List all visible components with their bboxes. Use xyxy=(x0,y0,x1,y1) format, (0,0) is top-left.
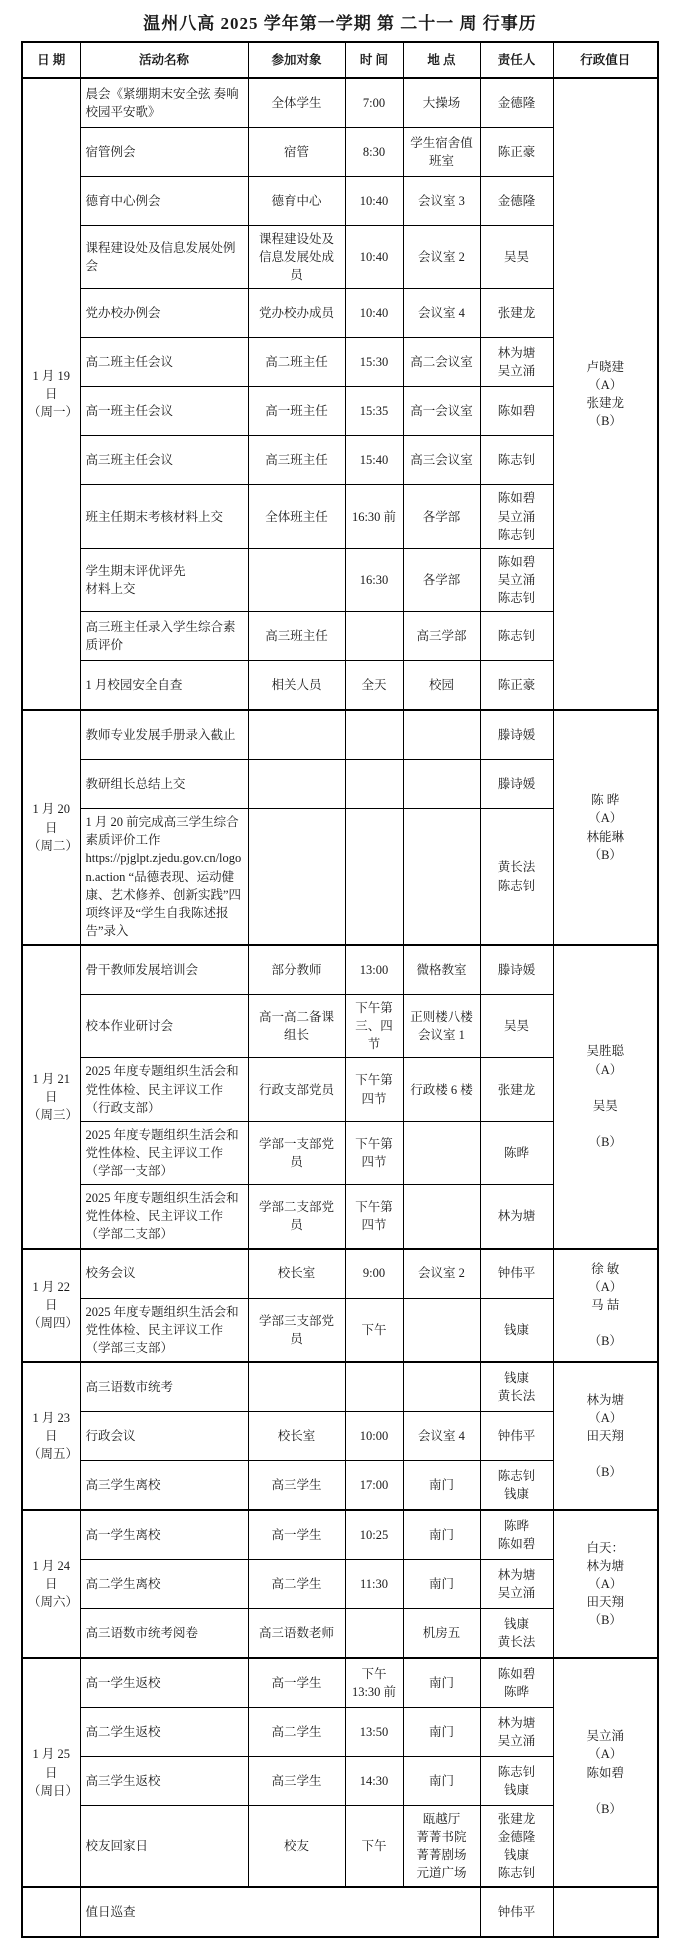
time-cell: 10:00 xyxy=(345,1411,403,1460)
responsible-cell: 钱康 黄长法 xyxy=(480,1608,553,1658)
duty-cell: 徐 敏 （A） 马 喆 （B） xyxy=(553,1249,658,1362)
activity-cell: 校务会议 xyxy=(80,1249,248,1299)
time-cell xyxy=(345,1362,403,1412)
time-cell xyxy=(345,710,403,760)
schedule-table-head-row: 日 期活动名称参加对象时 间地 点责任人行政值日 xyxy=(22,42,658,78)
location-cell: 校园 xyxy=(403,661,480,711)
time-cell: 下午 13:30 前 xyxy=(345,1658,403,1708)
activity-cell: 党办校办例会 xyxy=(80,289,248,338)
participants-cell: 课程建设处及信息发展处成员 xyxy=(248,226,345,289)
activity-cell: 高一学生离校 xyxy=(80,1510,248,1560)
responsible-cell: 林为塘 xyxy=(480,1185,553,1249)
location-cell: 南门 xyxy=(403,1658,480,1708)
location-cell: 会议室 2 xyxy=(403,226,480,289)
participants-cell xyxy=(248,548,345,611)
table-row: 1 月 20 日 （周二）教师专业发展手册录入截止滕诗媛陈 晔 （A） 林能琳 … xyxy=(22,710,658,760)
responsible-cell: 吴昊 xyxy=(480,226,553,289)
participants-cell: 高一学生 xyxy=(248,1658,345,1708)
responsible-cell: 钱康 黄长法 xyxy=(480,1362,553,1412)
responsible-cell: 张建龙 xyxy=(480,289,553,338)
location-cell: 各学部 xyxy=(403,548,480,611)
time-cell: 16:30 xyxy=(345,548,403,611)
location-cell: 会议室 2 xyxy=(403,1249,480,1299)
time-cell: 9:00 xyxy=(345,1249,403,1299)
location-cell: 南门 xyxy=(403,1707,480,1756)
participants-cell: 部分教师 xyxy=(248,945,345,995)
location-cell: 学生宿舍值班室 xyxy=(403,128,480,177)
location-cell: 高一会议室 xyxy=(403,387,480,436)
date-cell: 1 月 21 日 （周三） xyxy=(22,945,80,1249)
date-cell: 1 月 19 日 （周一） xyxy=(22,78,80,710)
responsible-cell: 陈志钊 钱康 xyxy=(480,1756,553,1805)
time-cell: 17:00 xyxy=(345,1460,403,1510)
participants-cell: 校长室 xyxy=(248,1249,345,1299)
activity-cell: 2025 年度专题组织生活会和党性体检、民主评议工作（行政支部） xyxy=(80,1058,248,1121)
participants-cell: 高三语数老师 xyxy=(248,1608,345,1658)
table-row: 1 月 25 日 （周日）高一学生返校高一学生下午 13:30 前南门陈如碧 陈… xyxy=(22,1658,658,1708)
activity-cell: 宿管例会 xyxy=(80,128,248,177)
responsible-cell: 林为塘 吴立涌 xyxy=(480,1559,553,1608)
responsible-cell: 吴昊 xyxy=(480,995,553,1058)
activity-cell: 晨会《紧绷期末安全弦 奏响校园平安歌》 xyxy=(80,78,248,128)
table-row: 1 月 22 日 （周四）校务会议校长室9:00会议室 2钟伟平徐 敏 （A） … xyxy=(22,1249,658,1299)
participants-cell: 相关人员 xyxy=(248,661,345,711)
column-header: 日 期 xyxy=(22,42,80,78)
activity-cell: 高三班主任录入学生综合素质评价 xyxy=(80,612,248,661)
participants-cell: 高二学生 xyxy=(248,1707,345,1756)
responsible-cell: 金德隆 xyxy=(480,177,553,226)
time-cell: 15:35 xyxy=(345,387,403,436)
participants-cell: 高三班主任 xyxy=(248,612,345,661)
column-header: 责任人 xyxy=(480,42,553,78)
time-cell: 15:30 xyxy=(345,338,403,387)
participants-cell: 高一高二备课组长 xyxy=(248,995,345,1058)
time-cell xyxy=(345,809,403,945)
activity-cell: 高二学生返校 xyxy=(80,1707,248,1756)
duty-cell: 林为塘 （A） 田天翔 （B） xyxy=(553,1362,658,1510)
responsible-cell: 陈如碧 陈晔 xyxy=(480,1658,553,1708)
location-cell xyxy=(403,760,480,809)
duty-cell: 陈 晔 （A） 林能琳 （B） xyxy=(553,710,658,945)
activity-cell: 骨干教师发展培训会 xyxy=(80,945,248,995)
responsible-cell: 陈志钊 xyxy=(480,436,553,485)
date-cell: 1 月 23 日 （周五） xyxy=(22,1362,80,1510)
participants-cell: 全体学生 xyxy=(248,78,345,128)
participants-cell: 行政支部党员 xyxy=(248,1058,345,1121)
responsible-cell: 陈如碧 xyxy=(480,387,553,436)
participants-cell xyxy=(248,710,345,760)
participants-cell: 高二班主任 xyxy=(248,338,345,387)
location-cell xyxy=(403,1298,480,1362)
duty-cell xyxy=(553,1887,658,1937)
location-cell xyxy=(403,809,480,945)
responsible-cell: 滕诗媛 xyxy=(480,760,553,809)
responsible-cell: 钟伟平 xyxy=(480,1411,553,1460)
activity-cell: 学生期末评优评先 材料上交 xyxy=(80,548,248,611)
time-cell: 下午第四节 xyxy=(345,1058,403,1121)
time-cell: 10:40 xyxy=(345,289,403,338)
activity-cell: 班主任期末考核材料上交 xyxy=(80,485,248,548)
time-cell: 10:25 xyxy=(345,1510,403,1560)
location-cell: 会议室 4 xyxy=(403,289,480,338)
participants-cell: 高一班主任 xyxy=(248,387,345,436)
location-cell: 高三会议室 xyxy=(403,436,480,485)
responsible-cell: 陈志钊 xyxy=(480,612,553,661)
activity-cell: 行政会议 xyxy=(80,1411,248,1460)
time-cell: 8:30 xyxy=(345,128,403,177)
page-title: 温州八高 2025 学年第一学期 第 二十一 周 行事历 xyxy=(0,0,680,41)
location-cell: 机房五 xyxy=(403,1608,480,1658)
participants-cell: 党办校办成员 xyxy=(248,289,345,338)
time-cell: 下午第三、四节 xyxy=(345,995,403,1058)
participants-cell: 宿管 xyxy=(248,128,345,177)
column-header: 时 间 xyxy=(345,42,403,78)
activity-cell: 校友回家日 xyxy=(80,1805,248,1887)
activity-cell: 校本作业研讨会 xyxy=(80,995,248,1058)
responsible-cell: 钱康 xyxy=(480,1298,553,1362)
time-cell: 10:40 xyxy=(345,226,403,289)
column-header: 参加对象 xyxy=(248,42,345,78)
time-cell: 16:30 前 xyxy=(345,485,403,548)
date-cell: 1 月 25 日 （周日） xyxy=(22,1658,80,1888)
participants-cell xyxy=(248,1362,345,1412)
location-cell xyxy=(403,1362,480,1412)
table-row: 1 月 19 日 （周一）晨会《紧绷期末安全弦 奏响校园平安歌》全体学生7:00… xyxy=(22,78,658,128)
activity-cell: 高三班主任会议 xyxy=(80,436,248,485)
location-cell: 高三学部 xyxy=(403,612,480,661)
time-cell xyxy=(345,760,403,809)
responsible-cell: 黄长法 陈志钊 xyxy=(480,809,553,945)
column-header: 行政值日 xyxy=(553,42,658,78)
date-cell: 1 月 20 日 （周二） xyxy=(22,710,80,945)
activity-cell: 高三语数市统考 xyxy=(80,1362,248,1412)
participants-cell: 学部三支部党员 xyxy=(248,1298,345,1362)
responsible-cell: 钟伟平 xyxy=(480,1249,553,1299)
participants-cell: 学部一支部党员 xyxy=(248,1121,345,1184)
activity-cell: 1 月 20 前完成高三学生综合素质评价工作 https://pjglpt.zj… xyxy=(80,809,248,945)
duty-cell: 吴立涌 （A） 陈如碧 （B） xyxy=(553,1658,658,1888)
location-cell: 正则楼八楼会议室 1 xyxy=(403,995,480,1058)
time-cell: 13:50 xyxy=(345,1707,403,1756)
location-cell xyxy=(403,1121,480,1184)
responsible-cell: 钟伟平 xyxy=(480,1887,553,1937)
activity-cell: 2025 年度专题组织生活会和党性体检、民主评议工作（学部一支部） xyxy=(80,1121,248,1184)
responsible-cell: 陈正豪 xyxy=(480,128,553,177)
responsible-cell: 陈志钊 钱康 xyxy=(480,1460,553,1510)
location-cell: 大操场 xyxy=(403,78,480,128)
participants-cell: 校友 xyxy=(248,1805,345,1887)
time-cell: 15:40 xyxy=(345,436,403,485)
participants-cell: 高三学生 xyxy=(248,1460,345,1510)
participants-cell xyxy=(248,760,345,809)
location-cell: 高二会议室 xyxy=(403,338,480,387)
time-cell: 下午第四节 xyxy=(345,1121,403,1184)
responsible-cell: 林为塘 吴立涌 xyxy=(480,338,553,387)
time-cell: 13:00 xyxy=(345,945,403,995)
time-cell: 全天 xyxy=(345,661,403,711)
responsible-cell: 陈如碧 吴立涌 陈志钊 xyxy=(480,485,553,548)
column-header: 活动名称 xyxy=(80,42,248,78)
activity-cell: 高二班主任会议 xyxy=(80,338,248,387)
participants-cell: 高三学生 xyxy=(248,1756,345,1805)
location-cell: 瓯越厅 菁菁书院 菁菁剧场 元道广场 xyxy=(403,1805,480,1887)
responsible-cell: 滕诗媛 xyxy=(480,945,553,995)
time-cell: 下午 xyxy=(345,1805,403,1887)
activity-cell: 高一学生返校 xyxy=(80,1658,248,1708)
time-cell: 下午 xyxy=(345,1298,403,1362)
activity-cell: 教研组长总结上交 xyxy=(80,760,248,809)
table-row: 1 月 23 日 （周五）高三语数市统考钱康 黄长法林为塘 （A） 田天翔 （B… xyxy=(22,1362,658,1412)
location-cell: 南门 xyxy=(403,1756,480,1805)
activity-cell: 高二学生离校 xyxy=(80,1559,248,1608)
participants-cell: 全体班主任 xyxy=(248,485,345,548)
location-cell: 微格教室 xyxy=(403,945,480,995)
participants-cell: 高三班主任 xyxy=(248,436,345,485)
table-row: 1 月 24 日 （周六）高一学生离校高一学生10:25南门陈晔 陈如碧白天： … xyxy=(22,1510,658,1560)
time-cell xyxy=(345,1608,403,1658)
time-cell: 7:00 xyxy=(345,78,403,128)
location-cell xyxy=(403,710,480,760)
time-cell: 10:40 xyxy=(345,177,403,226)
location-cell: 各学部 xyxy=(403,485,480,548)
activity-cell: 德育中心例会 xyxy=(80,177,248,226)
responsible-cell: 张建龙 金德隆 钱康 陈志钊 xyxy=(480,1805,553,1887)
activity-cell: 高三学生离校 xyxy=(80,1460,248,1510)
time-cell: 14:30 xyxy=(345,1756,403,1805)
activity-cell: 2025 年度专题组织生活会和党性体检、民主评议工作（学部二支部） xyxy=(80,1185,248,1249)
time-cell: 11:30 xyxy=(345,1559,403,1608)
time-cell xyxy=(345,612,403,661)
participants-cell: 学部二支部党员 xyxy=(248,1185,345,1249)
duty-cell: 卢晓建 （A） 张建龙 （B） xyxy=(553,78,658,710)
column-header: 地 点 xyxy=(403,42,480,78)
location-cell: 行政楼 6 楼 xyxy=(403,1058,480,1121)
activity-cell: 教师专业发展手册录入截止 xyxy=(80,710,248,760)
responsible-cell: 滕诗媛 xyxy=(480,710,553,760)
participants-cell: 高二学生 xyxy=(248,1559,345,1608)
location-cell: 会议室 4 xyxy=(403,1411,480,1460)
activity-cell: 高三学生返校 xyxy=(80,1756,248,1805)
responsible-cell: 陈晔 陈如碧 xyxy=(480,1510,553,1560)
responsible-cell: 陈正豪 xyxy=(480,661,553,711)
responsible-cell: 林为塘 吴立涌 xyxy=(480,1707,553,1756)
responsible-cell: 张建龙 xyxy=(480,1058,553,1121)
schedule-table-body: 1 月 19 日 （周一）晨会《紧绷期末安全弦 奏响校园平安歌》全体学生7:00… xyxy=(22,78,658,1937)
date-cell xyxy=(22,1887,80,1937)
activity-cell: 课程建设处及信息发展处例会 xyxy=(80,226,248,289)
date-cell: 1 月 24 日 （周六） xyxy=(22,1510,80,1658)
responsible-cell: 金德隆 xyxy=(480,78,553,128)
activity-cell: 1 月校园安全自查 xyxy=(80,661,248,711)
participants-cell: 德育中心 xyxy=(248,177,345,226)
table-row: 1 月 21 日 （周三）骨干教师发展培训会部分教师13:00微格教室滕诗媛吴胜… xyxy=(22,945,658,995)
participants-cell xyxy=(248,809,345,945)
responsible-cell: 陈如碧 吴立涌 陈志钊 xyxy=(480,548,553,611)
participants-cell: 校长室 xyxy=(248,1411,345,1460)
location-cell: 南门 xyxy=(403,1460,480,1510)
activity-cell: 高三语数市统考阅卷 xyxy=(80,1608,248,1658)
time-cell: 下午第四节 xyxy=(345,1185,403,1249)
location-cell: 南门 xyxy=(403,1510,480,1560)
activity-cell: 高一班主任会议 xyxy=(80,387,248,436)
location-cell xyxy=(403,1185,480,1249)
activity-cell: 2025 年度专题组织生活会和党性体检、民主评议工作（学部三支部） xyxy=(80,1298,248,1362)
footer-row: 值日巡查钟伟平 xyxy=(22,1887,658,1937)
activity-cell: 值日巡查 xyxy=(80,1887,480,1937)
location-cell: 会议室 3 xyxy=(403,177,480,226)
duty-cell: 吴胜聪 （A） 吴昊 （B） xyxy=(553,945,658,1249)
date-cell: 1 月 22 日 （周四） xyxy=(22,1249,80,1362)
schedule-table: 日 期活动名称参加对象时 间地 点责任人行政值日 1 月 19 日 （周一）晨会… xyxy=(21,41,659,1938)
participants-cell: 高一学生 xyxy=(248,1510,345,1560)
responsible-cell: 陈晔 xyxy=(480,1121,553,1184)
duty-cell: 白天： 林为塘 （A） 田天翔 （B） xyxy=(553,1510,658,1658)
location-cell: 南门 xyxy=(403,1559,480,1608)
